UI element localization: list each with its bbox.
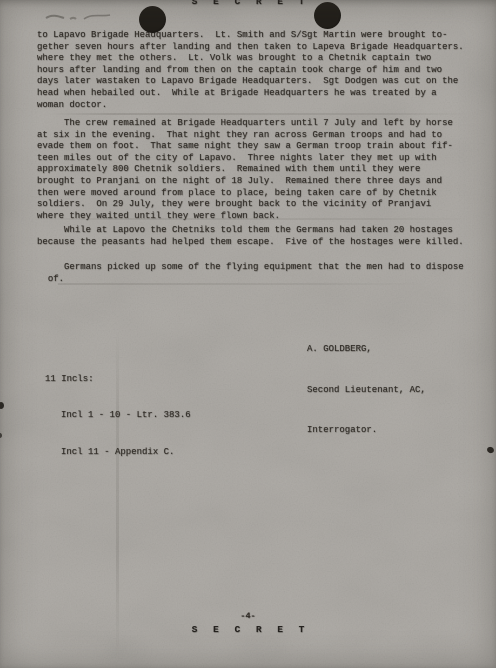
pencil-mark xyxy=(40,8,120,28)
hole-punch-right xyxy=(314,2,341,29)
enclosure-item: Incl 1 - 10 - Ltr. 383.6 xyxy=(45,409,191,421)
classification-stamp-bottom: S E C R E T xyxy=(0,624,496,635)
enclosure-list: 11 Incls: Incl 1 - 10 - Ltr. 383.6 Incl … xyxy=(45,348,191,483)
body-paragraph-2: The crew remained at Brigade Headquarter… xyxy=(37,118,477,222)
enclosure-item: Incl 11 - Appendix C. xyxy=(45,446,191,458)
body-paragraph-4: Germans picked up some of the flying equ… xyxy=(37,262,477,285)
page-number: -4- xyxy=(0,611,496,621)
ink-speck xyxy=(0,433,2,438)
signature-block: A. GOLDBERG, Second Lieutenant, AC, Inte… xyxy=(307,316,426,465)
ink-speck xyxy=(486,446,495,454)
classification-stamp-top: S E C R E T xyxy=(0,0,496,7)
hole-punch-left xyxy=(139,6,166,33)
enclosure-heading: 11 Incls: xyxy=(45,373,191,385)
body-paragraph-1: to Lapavo Brigade Headquarters. Lt. Smit… xyxy=(37,30,477,111)
signature-role: Interrogator. xyxy=(307,424,426,438)
signature-name: A. GOLDBERG, xyxy=(307,343,426,357)
document-page: S E C R E T to Lapavo Brigade Headquarte… xyxy=(0,0,496,668)
paper-crease-horizontal xyxy=(50,113,470,115)
body-paragraph-3: While at Lapovo the Chetniks told them t… xyxy=(37,225,477,248)
ink-speck xyxy=(0,402,4,409)
signature-rank: Second Lieutenant, AC, xyxy=(307,384,426,398)
